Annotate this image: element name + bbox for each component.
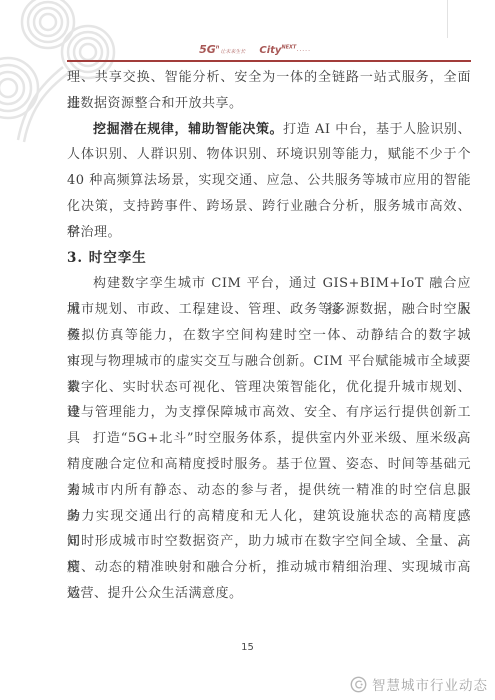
page-number: 15: [0, 642, 495, 653]
document-page: 5Gn让未来生长CityNEXT····· 理、共享交换、智能分析、安全为一体的…: [0, 0, 495, 700]
body-line: 构建数字孪生城市 CIM 平台，通过 GIS+BIM+IoT 融合应用，接入: [67, 271, 471, 297]
logo-city: CityNEXT: [259, 45, 296, 56]
body-line: 数字化、实时状态可视化、管理决策智能化，优化提升城市规划、建: [67, 375, 471, 401]
body-line: 模拟仿真等能力，在数字空间构建时空一体、动静结合的数字城市，: [67, 323, 471, 349]
body-line: 理、共享交换、智能分析、安全为一体的全链路一站式服务，全面推: [67, 65, 471, 91]
body-text: 理、共享交换、智能分析、安全为一体的全链路一站式服务，全面推进数据资源整合和开放…: [67, 65, 471, 607]
body-line: 精度融合定位和高精度授时服务。基于位置、姿态、时间等基础元素，: [67, 452, 471, 478]
section-heading: 3. 时空孪生: [67, 246, 471, 272]
body-line: 挖掘潜在规律，辅助智能决策。打造 AI 中台，基于人脸识别、: [67, 117, 471, 143]
body-line: 化决策，支持跨事件、跨场景、跨行业融合分析，服务城市高效、科: [67, 194, 471, 220]
body-line: 进数据资源整合和开放共享。: [67, 91, 471, 117]
body-line: 实现与物理城市的虚实交互与融合创新。CIM 平台赋能城市全域要素: [67, 349, 471, 375]
body-line: 为城市内所有静态、动态的参与者，提供统一精准的时空信息服务，: [67, 478, 471, 504]
body-line: 人体识别、人群识别、物体识别、环境识别等能力，赋能不少于个: [67, 142, 471, 168]
page-edge-line: [447, 0, 448, 38]
footer-brand: 智慧城市行业动态: [350, 674, 488, 694]
body-line: 度、动态的精准映射和融合分析，推动城市精细治理、实现城市高效: [67, 555, 471, 581]
header-logo: 5Gn让未来生长CityNEXT·····: [67, 38, 443, 57]
logo-5g-tagline: 让未来生长: [220, 49, 245, 55]
body-line: 40 种高频算法场景，实现交通、应急、公共服务等城市应用的智能: [67, 168, 471, 194]
body-line: 学治理。: [67, 220, 471, 246]
body-line: 同时形成城市时空数据资产，助力城市在数字空间全域、全量、高精: [67, 529, 471, 555]
logo-dots: ·····: [296, 48, 311, 55]
body-line: 城市规划、市政、工程建设、管理、政务等多源数据，融合时空服务、: [67, 297, 471, 323]
body-line: 设与管理能力，为支撑保障城市高效、安全、有序运行提供创新工具。: [67, 400, 471, 426]
body-line: 助力实现交通出行的高精度和无人化，建筑设施状态的高精度感知。: [67, 504, 471, 530]
logo-5g: 5Gn: [199, 43, 219, 56]
brand-logo-icon: [350, 676, 367, 693]
footer-brand-label: 智慧城市行业动态: [372, 674, 488, 694]
header-rule: [67, 60, 471, 62]
body-line: 运营、提升公众生活满意度。: [67, 581, 471, 607]
body-line: 打造“5G+北斗”时空服务体系，提供室内外亚米级、厘米级高: [67, 426, 471, 452]
